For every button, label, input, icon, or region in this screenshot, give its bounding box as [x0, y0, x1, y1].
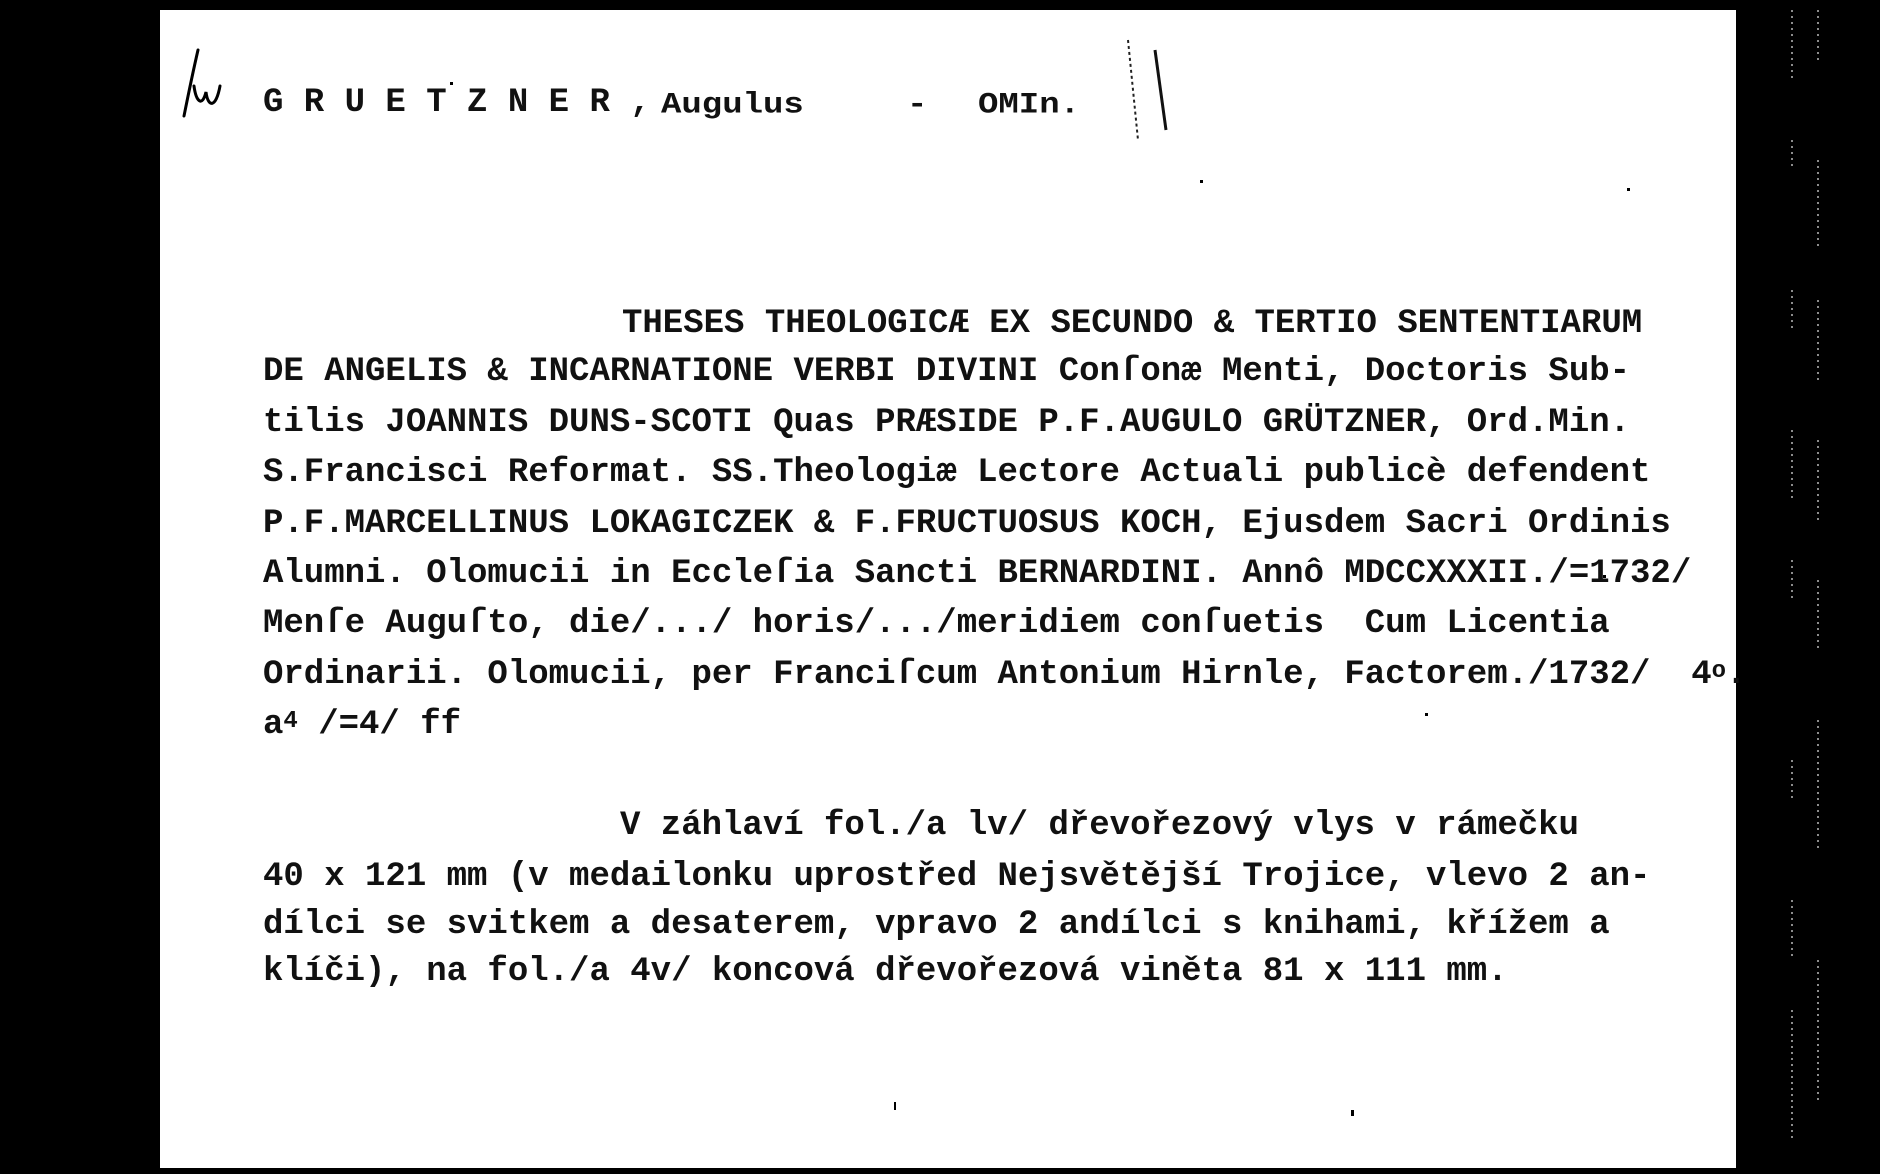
- heading-surname: G R U E T Z N E R ,: [263, 84, 651, 122]
- collation-line: a4 /=4/ ff: [263, 706, 461, 744]
- entry-line: Ordinarii. Olomucii, per Franciſcum Anto…: [263, 656, 1712, 694]
- collation-superscript: 4: [283, 708, 297, 735]
- speck: [450, 82, 453, 85]
- note-line: 40 x 121 mm (v medailonku uprostřed Nejs…: [263, 858, 1650, 896]
- heading-separator: -: [907, 91, 927, 120]
- entry-line: P.F.MARCELLINUS LOKAGICZEK & F.FRUCTUOSU…: [263, 505, 1671, 543]
- scan-artifact-icon: [1120, 30, 1170, 140]
- speck: [1603, 575, 1606, 578]
- format-superscript: o: [1712, 658, 1726, 685]
- catalogue-card: G R U E T Z N E R , Augulus - OMIn. THES…: [160, 10, 1736, 1168]
- heading: G R U E T Z N E R , Augulus - OMIn.: [263, 86, 651, 120]
- entry-line: S.Francisci Reformat. SS.Theologiæ Lecto…: [263, 454, 1650, 492]
- entry-line: Alumni. Olomucii in Eccleſia Sancti BERN…: [263, 555, 1691, 593]
- film-strip-edge-icon: [1770, 0, 1830, 1174]
- collation-rest: /=4/ ff: [298, 706, 461, 744]
- entry-line: THESES THEOLOGICÆ EX SECUNDO & TERTIO SE…: [622, 305, 1642, 343]
- entry-line: tilis JOANNIS DUNS-SCOTI Quas PRÆSIDE P.…: [263, 404, 1630, 442]
- speck: [1425, 713, 1428, 716]
- speck: [1627, 188, 1630, 191]
- note-line: V záhlaví fol./a lv/ dřevořezový vlys v …: [620, 807, 1579, 845]
- speck: [1200, 180, 1203, 183]
- note-line: dílci se svitkem a desaterem, vpravo 2 a…: [263, 906, 1610, 944]
- heading-order: OMIn.: [978, 91, 1080, 120]
- entry-line: Menſe Auguſto, die/.../ horis/.../meridi…: [263, 605, 1610, 643]
- speck: [1351, 1110, 1354, 1116]
- handwritten-mark-icon: [180, 46, 228, 118]
- format-suffix: .: [1726, 656, 1746, 694]
- heading-given-name: Augulus: [661, 91, 804, 120]
- entry-line: DE ANGELIS & INCARNATIONE VERBI DIVINI C…: [263, 353, 1630, 391]
- note-line: klíči), na fol./a 4v/ koncová dřevořezov…: [263, 953, 1508, 991]
- speck: [894, 1102, 896, 1110]
